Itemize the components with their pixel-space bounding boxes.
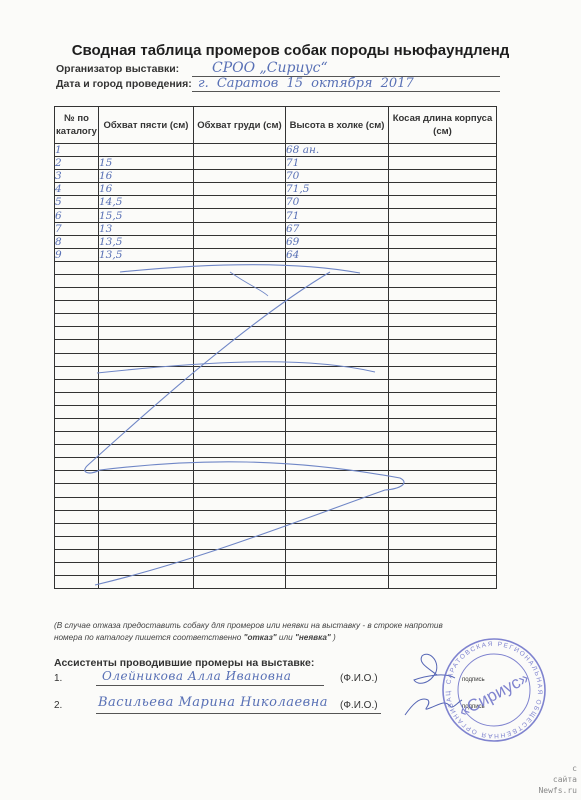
watermark-line-2: сайта xyxy=(553,774,577,785)
catalog-no-cell xyxy=(55,497,99,510)
catalog-no-cell xyxy=(55,353,99,366)
catalog-no-cell xyxy=(55,392,99,405)
pastern-cell xyxy=(99,261,194,274)
pastern-cell xyxy=(99,563,194,576)
chest-cell xyxy=(194,248,286,261)
assistant-2-fio-label: (Ф.И.О.) xyxy=(340,700,378,711)
pastern-cell xyxy=(99,536,194,549)
pastern-cell xyxy=(99,471,194,484)
pastern-cell xyxy=(99,510,194,523)
assistant-2-number: 2. xyxy=(54,700,62,711)
chest-cell xyxy=(194,471,286,484)
table-row xyxy=(55,327,497,340)
chest-cell xyxy=(194,261,286,274)
table-row: 913,564 xyxy=(55,248,497,261)
assistant-2-name: Васильева Марина Николаевна xyxy=(98,695,328,710)
chest-cell xyxy=(194,392,286,405)
length-cell xyxy=(389,353,497,366)
height-cell xyxy=(286,445,389,458)
date-city-underline xyxy=(192,91,500,92)
document-title: Сводная таблица промеров собак породы нь… xyxy=(0,42,581,59)
organizer-label: Организатор выставки: xyxy=(56,63,179,75)
length-cell xyxy=(389,340,497,353)
length-cell xyxy=(389,458,497,471)
organizer-value: СРОО „Сириус“ xyxy=(212,60,328,76)
height-cell: 71 xyxy=(286,157,389,170)
pastern-cell xyxy=(99,340,194,353)
pastern-cell xyxy=(99,418,194,431)
catalog-no-cell xyxy=(55,301,99,314)
pastern-cell: 15 xyxy=(99,157,194,170)
length-cell xyxy=(389,314,497,327)
table-row xyxy=(55,432,497,445)
catalog-no-cell: 7 xyxy=(55,222,99,235)
catalog-no-cell: 3 xyxy=(55,170,99,183)
header-catalog-no: № по каталогу xyxy=(55,107,99,144)
length-cell xyxy=(389,183,497,196)
table-row xyxy=(55,497,497,510)
assistant-1-number: 1. xyxy=(54,673,62,684)
catalog-no-cell xyxy=(55,327,99,340)
table-row: 168 ан. xyxy=(55,144,497,157)
pastern-cell xyxy=(99,549,194,562)
height-cell: 71 xyxy=(286,209,389,222)
chest-cell xyxy=(194,445,286,458)
catalog-no-cell: 6 xyxy=(55,209,99,222)
header-pastern: Обхват пясти (см) xyxy=(99,107,194,144)
table-row xyxy=(55,314,497,327)
chest-cell xyxy=(194,235,286,248)
pastern-cell: 16 xyxy=(99,183,194,196)
height-cell xyxy=(286,549,389,562)
length-cell xyxy=(389,209,497,222)
chest-cell xyxy=(194,353,286,366)
length-cell xyxy=(389,510,497,523)
table-row xyxy=(55,353,497,366)
assistant-1-name: Олейникова Алла Ивановна xyxy=(102,669,291,683)
pastern-cell xyxy=(99,366,194,379)
height-cell xyxy=(286,523,389,536)
pastern-cell xyxy=(99,274,194,287)
height-cell xyxy=(286,274,389,287)
length-cell xyxy=(389,549,497,562)
header-length: Косая длина корпуса (см) xyxy=(389,107,497,144)
table-row: 615,571 xyxy=(55,209,497,222)
table-row xyxy=(55,301,497,314)
chest-cell xyxy=(194,484,286,497)
table-row: 514,570 xyxy=(55,196,497,209)
length-cell xyxy=(389,157,497,170)
chest-cell xyxy=(194,576,286,589)
pastern-cell: 13 xyxy=(99,222,194,235)
height-cell: 70 xyxy=(286,196,389,209)
assistant-1-underline xyxy=(96,685,324,686)
note-or: или xyxy=(277,633,295,642)
pastern-cell: 14,5 xyxy=(99,196,194,209)
measurements-table: № по каталогу Обхват пясти (см) Обхват г… xyxy=(54,106,497,589)
height-cell: 71,5 xyxy=(286,183,389,196)
length-cell xyxy=(389,418,497,431)
table-row xyxy=(55,458,497,471)
pastern-cell xyxy=(99,288,194,301)
length-cell xyxy=(389,379,497,392)
table-row: 31670 xyxy=(55,170,497,183)
table-row xyxy=(55,418,497,431)
catalog-no-cell xyxy=(55,340,99,353)
table-row xyxy=(55,471,497,484)
length-cell xyxy=(389,261,497,274)
chest-cell xyxy=(194,418,286,431)
note-absent: "неявка" xyxy=(295,633,331,642)
length-cell xyxy=(389,196,497,209)
table-row xyxy=(55,288,497,301)
length-cell xyxy=(389,445,497,458)
table-row xyxy=(55,576,497,589)
height-cell xyxy=(286,379,389,392)
height-cell: 67 xyxy=(286,222,389,235)
pastern-cell xyxy=(99,458,194,471)
watermark-source: Newfs.ru xyxy=(538,785,577,796)
length-cell xyxy=(389,288,497,301)
chest-cell xyxy=(194,523,286,536)
catalog-no-cell: 9 xyxy=(55,248,99,261)
table-row xyxy=(55,392,497,405)
table-row xyxy=(55,274,497,287)
chest-cell xyxy=(194,314,286,327)
pastern-cell xyxy=(99,353,194,366)
catalog-no-cell xyxy=(55,510,99,523)
table-row: 41671,5 xyxy=(55,183,497,196)
height-cell xyxy=(286,288,389,301)
height-cell: 69 xyxy=(286,235,389,248)
chest-cell xyxy=(194,379,286,392)
table-row xyxy=(55,523,497,536)
chest-cell xyxy=(194,366,286,379)
table-row xyxy=(55,366,497,379)
height-cell xyxy=(286,340,389,353)
height-cell xyxy=(286,301,389,314)
height-cell xyxy=(286,458,389,471)
height-cell xyxy=(286,392,389,405)
height-cell xyxy=(286,327,389,340)
pastern-cell: 13,5 xyxy=(99,235,194,248)
table-row xyxy=(55,510,497,523)
watermark-line-1: с xyxy=(572,763,577,774)
chest-cell xyxy=(194,222,286,235)
date-city-label: Дата и город проведения: xyxy=(56,78,192,90)
length-cell xyxy=(389,432,497,445)
note-line-1: (В случае отказа предоставить собаку для… xyxy=(54,620,443,632)
catalog-no-cell xyxy=(55,536,99,549)
length-cell xyxy=(389,274,497,287)
length-cell xyxy=(389,536,497,549)
chest-cell xyxy=(194,497,286,510)
chest-cell xyxy=(194,157,286,170)
assistant-1-fio-label: (Ф.И.О.) xyxy=(340,673,378,684)
catalog-no-cell xyxy=(55,274,99,287)
catalog-no-cell xyxy=(55,379,99,392)
catalog-no-cell: 5 xyxy=(55,196,99,209)
catalog-no-cell xyxy=(55,563,99,576)
note-text: номера по каталогу пишется соответственн… xyxy=(54,633,244,642)
pastern-cell xyxy=(99,392,194,405)
pastern-cell xyxy=(99,484,194,497)
length-cell xyxy=(389,484,497,497)
catalog-no-cell: 1 xyxy=(55,144,99,157)
chest-cell xyxy=(194,144,286,157)
pastern-cell xyxy=(99,379,194,392)
table-row: 813,569 xyxy=(55,235,497,248)
table-row xyxy=(55,340,497,353)
pastern-cell xyxy=(99,405,194,418)
catalog-no-cell xyxy=(55,432,99,445)
note-refusal: "отказ" xyxy=(244,633,277,642)
assistants-title: Ассистенты проводившие промеры на выстав… xyxy=(54,657,314,669)
catalog-no-cell xyxy=(55,418,99,431)
pastern-cell xyxy=(99,327,194,340)
table-row xyxy=(55,379,497,392)
height-cell xyxy=(286,563,389,576)
height-cell xyxy=(286,536,389,549)
table-row xyxy=(55,484,497,497)
catalog-no-cell xyxy=(55,471,99,484)
height-cell xyxy=(286,366,389,379)
header-height: Высота в холке (см) xyxy=(286,107,389,144)
chest-cell xyxy=(194,183,286,196)
header-chest: Обхват груди (см) xyxy=(194,107,286,144)
height-cell xyxy=(286,261,389,274)
catalog-no-cell xyxy=(55,523,99,536)
catalog-no-cell: 2 xyxy=(55,157,99,170)
note-line-2: номера по каталогу пишется соответственн… xyxy=(54,632,443,644)
catalog-no-cell xyxy=(55,314,99,327)
catalog-no-cell xyxy=(55,549,99,562)
length-cell xyxy=(389,563,497,576)
height-cell: 64 xyxy=(286,248,389,261)
note-suffix: ) xyxy=(331,633,336,642)
signature-2-icon xyxy=(405,699,462,715)
height-cell xyxy=(286,576,389,589)
height-cell xyxy=(286,314,389,327)
pastern-cell: 13,5 xyxy=(99,248,194,261)
table-header-row: № по каталогу Обхват пясти (см) Обхват г… xyxy=(55,107,497,144)
height-cell xyxy=(286,510,389,523)
chest-cell xyxy=(194,432,286,445)
pastern-cell xyxy=(99,301,194,314)
length-cell xyxy=(389,471,497,484)
pastern-cell xyxy=(99,144,194,157)
height-cell xyxy=(286,418,389,431)
table-row xyxy=(55,405,497,418)
pastern-cell: 16 xyxy=(99,170,194,183)
length-cell xyxy=(389,144,497,157)
table-row: 71367 xyxy=(55,222,497,235)
catalog-no-cell xyxy=(55,261,99,274)
height-cell xyxy=(286,432,389,445)
length-cell xyxy=(389,576,497,589)
length-cell xyxy=(389,248,497,261)
height-cell: 70 xyxy=(286,170,389,183)
chest-cell xyxy=(194,209,286,222)
table-row xyxy=(55,549,497,562)
catalog-no-cell xyxy=(55,405,99,418)
chest-cell xyxy=(194,327,286,340)
length-cell xyxy=(389,405,497,418)
pastern-cell xyxy=(99,523,194,536)
pastern-cell xyxy=(99,497,194,510)
length-cell xyxy=(389,523,497,536)
table-row xyxy=(55,536,497,549)
length-cell xyxy=(389,301,497,314)
height-cell: 68 ан. xyxy=(286,144,389,157)
table-row xyxy=(55,563,497,576)
pastern-cell xyxy=(99,445,194,458)
chest-cell xyxy=(194,510,286,523)
length-cell xyxy=(389,235,497,248)
table-body: 168 ан.215713167041671,5514,570615,57171… xyxy=(55,144,497,589)
catalog-no-cell: 4 xyxy=(55,183,99,196)
signature-1-label: подпись xyxy=(462,677,485,683)
length-cell xyxy=(389,392,497,405)
table-row: 21571 xyxy=(55,157,497,170)
height-cell xyxy=(286,471,389,484)
catalog-no-cell xyxy=(55,445,99,458)
signature-1-icon xyxy=(414,654,455,683)
table-row xyxy=(55,445,497,458)
chest-cell xyxy=(194,405,286,418)
length-cell xyxy=(389,170,497,183)
catalog-no-cell xyxy=(55,458,99,471)
chest-cell xyxy=(194,288,286,301)
chest-cell xyxy=(194,274,286,287)
catalog-no-cell xyxy=(55,288,99,301)
chest-cell xyxy=(194,301,286,314)
chest-cell xyxy=(194,170,286,183)
chest-cell xyxy=(194,458,286,471)
chest-cell xyxy=(194,536,286,549)
catalog-no-cell xyxy=(55,484,99,497)
height-cell xyxy=(286,405,389,418)
pastern-cell xyxy=(99,576,194,589)
pastern-cell xyxy=(99,432,194,445)
chest-cell xyxy=(194,340,286,353)
catalog-no-cell: 8 xyxy=(55,235,99,248)
assistant-2-underline xyxy=(96,713,381,714)
chest-cell xyxy=(194,196,286,209)
date-city-value: г. Саратов 15 октября 2017 xyxy=(198,76,414,91)
length-cell xyxy=(389,327,497,340)
length-cell xyxy=(389,222,497,235)
catalog-no-cell xyxy=(55,576,99,589)
length-cell xyxy=(389,366,497,379)
length-cell xyxy=(389,497,497,510)
height-cell xyxy=(286,484,389,497)
catalog-no-cell xyxy=(55,366,99,379)
pastern-cell xyxy=(99,314,194,327)
pastern-cell: 15,5 xyxy=(99,209,194,222)
chest-cell xyxy=(194,549,286,562)
height-cell xyxy=(286,353,389,366)
refusal-note: (В случае отказа предоставить собаку для… xyxy=(54,620,443,644)
chest-cell xyxy=(194,563,286,576)
signature-2-label: подпись xyxy=(462,704,485,710)
table-row xyxy=(55,261,497,274)
height-cell xyxy=(286,497,389,510)
